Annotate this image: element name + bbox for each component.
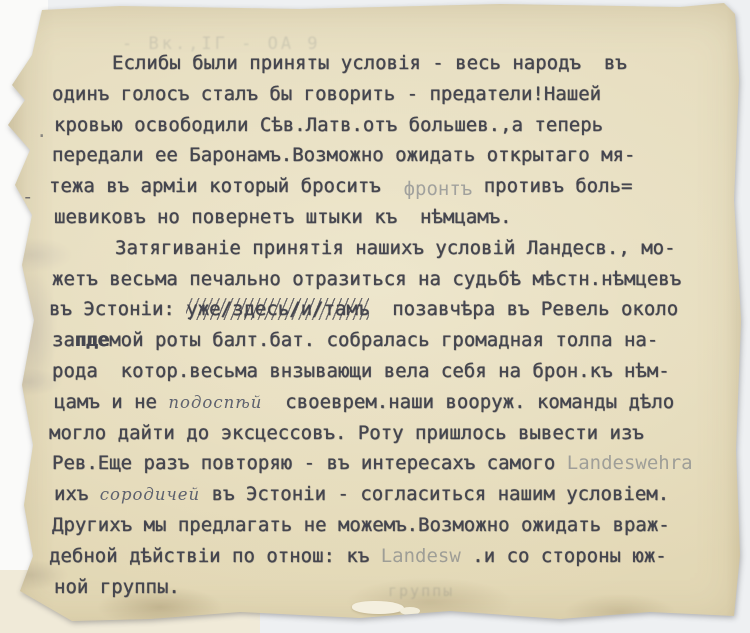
typed-line: могло дайти до эксцессовъ. Роту пришлось…: [49, 418, 709, 449]
typed-line: Затягиваніе принятія нашихъ условій Ланд…: [52, 233, 712, 264]
text-segment: Еслибы были приняты условія - весь народ…: [112, 52, 627, 74]
text-segment: дебной дѣйствіи по отнош: къ: [49, 545, 381, 567]
text-segment: Другихъ мы предлагать не можемъ.Возможно…: [52, 514, 670, 536]
text-segment: ной группы.: [54, 576, 180, 598]
text-segment: Рев.Еще разъ повторяю - въ интересахъ са…: [52, 452, 567, 474]
text-segment: могло дайти до эксцессовъ. Роту пришлось…: [49, 422, 644, 444]
text-segment: кровью освободили Сѣв.Латв.отъ большев.,…: [54, 114, 603, 136]
text-segment: рода котор.весьма внзывающи вела себя на…: [52, 360, 670, 382]
text-segment: мой роты балт.бат. собралась громадная т…: [109, 329, 658, 351]
typed-line: цамъ и не подоспѣй своеврем.наши вооруж.…: [54, 387, 714, 418]
text-segment: .и со стороны юж-: [461, 545, 667, 567]
text-segment: уже/здесь/и/тамъ: [186, 298, 369, 320]
typed-line: ихъ сородичей въ Эстоніи - согласиться н…: [54, 479, 714, 510]
text-segment: за: [52, 329, 75, 351]
typed-line: запдемой роты балт.бат. собралась громад…: [52, 325, 712, 356]
text-segment: шевиковъ но повернетъ штыки къ нѣмцамъ.: [54, 206, 512, 228]
paper-tear-chip: [352, 601, 404, 614]
text-segment: передали ее Баронамъ.Возможно ожидать от…: [52, 144, 635, 166]
typed-line: шевиковъ но повернетъ штыки къ нѣмцамъ.: [54, 202, 714, 233]
paper-tear-chip-small: [400, 607, 420, 615]
text-segment: Landeswehra: [567, 452, 693, 474]
typed-line: одинъ голосъ сталъ бы говорить - предате…: [52, 79, 712, 110]
typed-line: дебной дѣйствіи по отнош: къ Landesw .и …: [49, 541, 709, 572]
text-segment: жетъ весьма печально отразиться на судьб…: [52, 268, 681, 290]
typed-line: жетъ весьма печально отразиться на судьб…: [52, 264, 712, 295]
typed-text-block: Еслибы были приняты условія - весь народ…: [52, 48, 712, 602]
typed-line: рода котор.весьма внзывающи вела себя на…: [52, 356, 712, 387]
paper-shadow-wrap: - Вк.‚ІГ - ОА 9 - . Еслибы были приняты …: [0, 0, 750, 633]
typed-line: кровью освободили Сѣв.Латв.отъ большев.,…: [54, 110, 714, 141]
text-segment: подоспѣй: [168, 393, 262, 412]
text-segment: въ Эстоніи - согласиться нашим условіем.: [200, 483, 669, 505]
text-segment: тежа въ арміи который броситъ: [49, 175, 404, 197]
text-segment: ихъ: [54, 483, 100, 505]
typed-line: Другихъ мы предлагать не можемъ.Возможно…: [52, 510, 712, 541]
typed-line: Еслибы были приняты условія - весь народ…: [49, 48, 709, 79]
text-segment: сородичей: [100, 485, 200, 504]
margin-dot-mark: .: [36, 120, 47, 142]
text-segment: противъ боль=: [472, 175, 632, 197]
text-segment: Затягиваніе принятія нашихъ условій Ланд…: [115, 237, 676, 259]
paper-sheet: - Вк.‚ІГ - ОА 9 - . Еслибы были приняты …: [0, 0, 750, 633]
text-segment: фронтъ: [404, 178, 473, 200]
scan-canvas: - Вк.‚ІГ - ОА 9 - . Еслибы были приняты …: [0, 0, 750, 633]
text-segment: одинъ голосъ сталъ бы говорить - предате…: [52, 83, 601, 105]
offset-ink-ghost: группы: [388, 582, 454, 600]
text-segment: цамъ и не: [54, 391, 168, 413]
text-segment: въ Эстоніи:: [49, 298, 186, 320]
typed-line: передали ее Баронамъ.Возможно ожидать от…: [52, 140, 712, 171]
typed-line: въ Эстоніи: уже/здесь/и/тамъ позавчѣра в…: [49, 294, 709, 325]
text-segment: Landesw: [381, 545, 461, 567]
typed-line: тежа въ арміи который броситъ фронтъ про…: [49, 171, 709, 202]
typed-line: Рев.Еще разъ повторяю - въ интересахъ са…: [52, 448, 712, 479]
text-segment: своеврем.наши вооруж. команды дѣло: [262, 391, 674, 413]
typed-line: ной группы.: [54, 572, 714, 603]
text-segment: пде: [75, 329, 109, 351]
margin-dash-mark: -: [22, 186, 33, 208]
text-segment: позавчѣра въ Ревель около: [369, 298, 678, 320]
